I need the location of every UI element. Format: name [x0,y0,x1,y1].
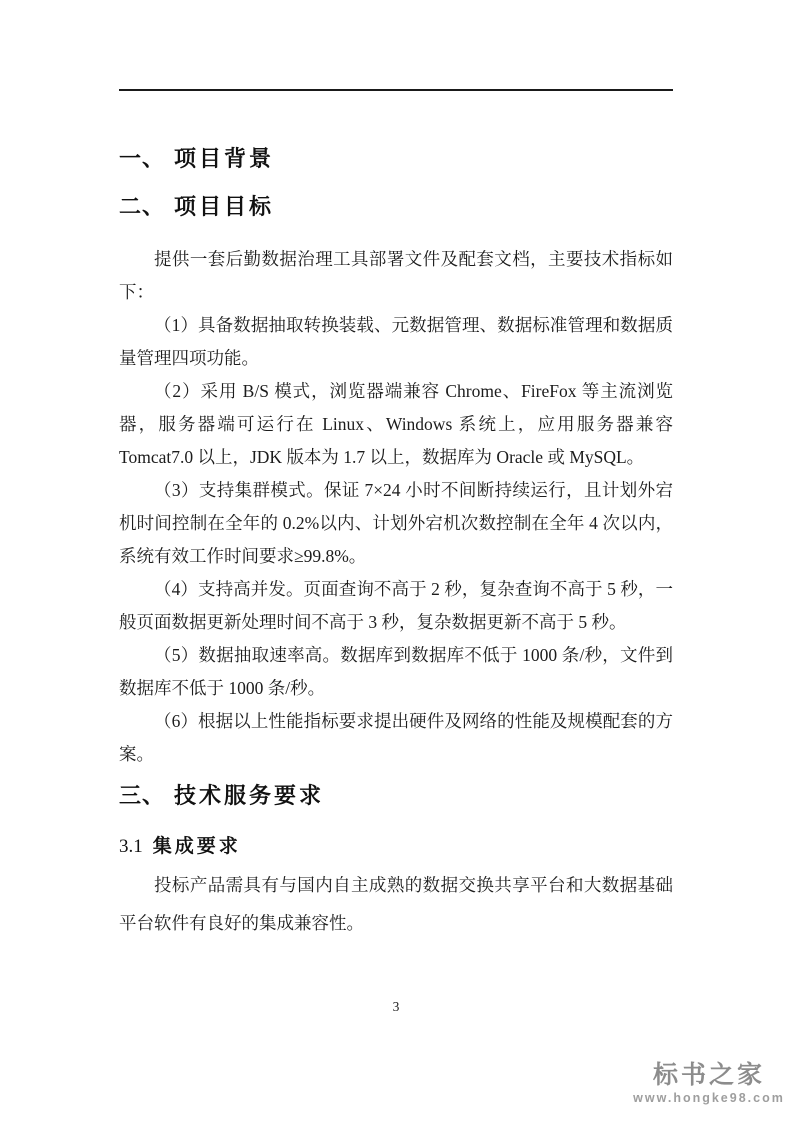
heading-project-background-label: 项目背景 [174,146,274,171]
heading-integration-number: 3.1 [119,836,143,857]
paragraph-item-6: （6）根据以上性能指标要求提出硬件及网络的性能及规模配套的方案。 [119,705,673,771]
heading-tech-service-label: 技术服务要求 [174,783,324,808]
heading-tech-service-requirements: 三、技术服务要求 [119,783,324,809]
heading-tech-service-number: 三、 [119,783,165,808]
heading-project-background: 一、项目背景 [119,146,274,172]
project-goal-body: 提供一套后勤数据治理工具部署文件及配套文档，主要技术指标如下： （1）具备数据抽… [119,243,673,771]
header-rule [119,89,673,91]
heading-integration-label: 集成要求 [153,836,241,857]
heading-project-goal-number: 二、 [119,194,165,219]
paragraph-intro: 提供一套后勤数据治理工具部署文件及配套文档，主要技术指标如下： [119,243,673,309]
watermark-logo-text: 标书之家 [630,1060,788,1090]
heading-project-background-number: 一、 [119,146,165,171]
heading-project-goal-label: 项目目标 [174,194,274,219]
paragraph-item-1: （1）具备数据抽取转换装载、元数据管理、数据标准管理和数据质量管理四项功能。 [119,309,673,375]
watermark: 标书之家 www.hongke98.com [630,1060,788,1106]
page-number: 3 [119,999,673,1015]
paragraph-item-3: （3）支持集群模式。保证 7×24 小时不间断持续运行，且计划外宕机时间控制在全… [119,474,673,573]
integration-body: 投标产品需具有与国内自主成熟的数据交换共享平台和大数据基础平台软件有良好的集成兼… [119,866,673,942]
watermark-url: www.hongke98.com [630,1091,788,1106]
document-page: 一、项目背景 二、项目目标 提供一套后勤数据治理工具部署文件及配套文档，主要技术… [0,0,793,1122]
paragraph-item-4: （4）支持高并发。页面查询不高于 2 秒，复杂查询不高于 5 秒，一般页面数据更… [119,573,673,639]
paragraph-integration: 投标产品需具有与国内自主成熟的数据交换共享平台和大数据基础平台软件有良好的集成兼… [119,866,673,942]
heading-project-goal: 二、项目目标 [119,194,274,220]
paragraph-item-5: （5）数据抽取速率高。数据库到数据库不低于 1000 条/秒，文件到数据库不低于… [119,639,673,705]
heading-integration-requirements: 3.1集成要求 [119,835,241,858]
paragraph-item-2: （2）采用 B/S 模式，浏览器端兼容 Chrome、FireFox 等主流浏览… [119,375,673,474]
